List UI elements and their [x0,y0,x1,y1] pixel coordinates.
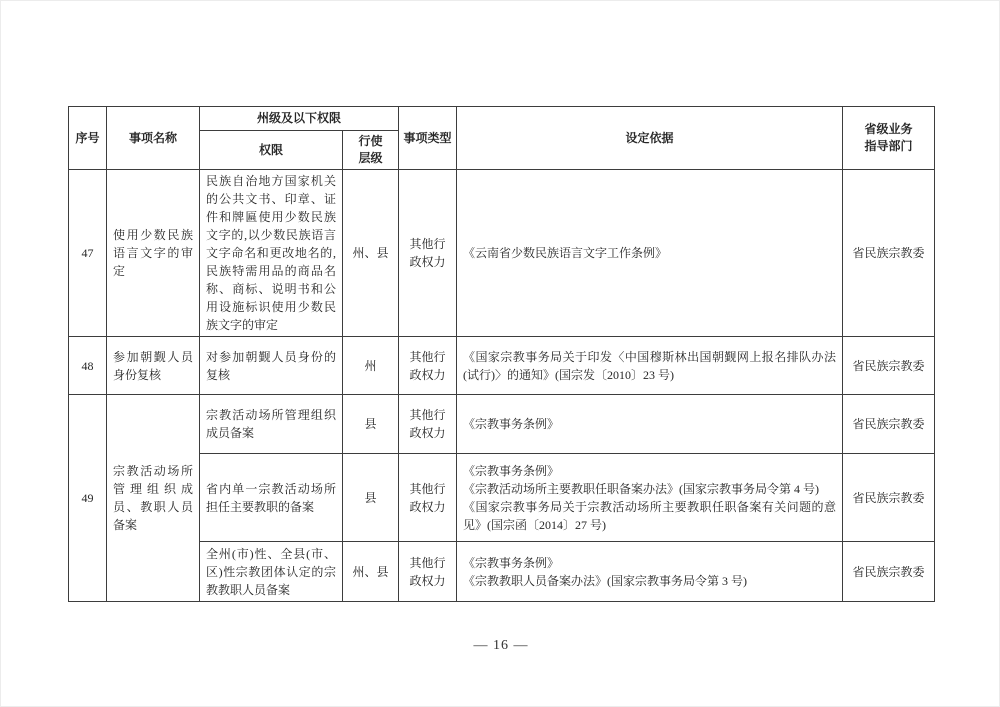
basis-line: 《宗教教职人员备案办法》(国家宗教事务局令第 3 号) [463,572,836,590]
basis-line: 《国家宗教事务局关于印发〈中国穆斯林出国朝觐网上报名排队办法(试行)〉的通知》(… [463,348,836,384]
cell-item-type: 其他行政权力 [399,170,457,337]
cell-serial-number: 48 [69,337,107,395]
cell-item-type: 其他行政权力 [399,337,457,395]
page-number: — 16 — [1,638,1000,654]
header-item-name: 事项名称 [107,107,200,170]
cell-exercise-level: 县 [343,395,399,454]
table-row: 48 参加朝觐人员身份复核 对参加朝觐人员身份的复核 州 其他行政权力 《国家宗… [69,337,935,395]
authority-items-table: 序号 事项名称 州级及以下权限 事项类型 设定依据 省级业务 指导部门 权限 行… [68,106,935,602]
cell-authority: 全州(市)性、全县(市、区)性宗教团体认定的宗教教职人员备案 [200,542,343,602]
header-item-type: 事项类型 [399,107,457,170]
basis-line: 《云南省少数民族语言文字工作条例》 [463,244,836,262]
table-row: 49 宗教活动场所管理组织成员、教职人员备案 宗教活动场所管理组织成员备案 县 … [69,395,935,454]
cell-setting-basis: 《云南省少数民族语言文字工作条例》 [457,170,843,337]
cell-setting-basis: 《宗教事务条例》 [457,395,843,454]
header-authority: 权限 [200,131,343,170]
cell-item-name: 参加朝觐人员身份复核 [107,337,200,395]
basis-line: 《宗教活动场所主要教职任职备案办法》(国家宗教事务局令第 4 号) [463,480,836,498]
basis-line: 《宗教事务条例》 [463,415,836,433]
cell-item-type: 其他行政权力 [399,542,457,602]
header-setting-basis: 设定依据 [457,107,843,170]
cell-provincial-dept: 省民族宗教委 [843,337,935,395]
cell-serial-number: 47 [69,170,107,337]
cell-authority: 省内单一宗教活动场所担任主要教职的备案 [200,454,343,542]
cell-exercise-level: 州 [343,337,399,395]
cell-authority: 民族自治地方国家机关的公共文书、印章、证件和牌匾使用少数民族文字的,以少数民族语… [200,170,343,337]
cell-exercise-level: 州、县 [343,542,399,602]
cell-authority: 对参加朝觐人员身份的复核 [200,337,343,395]
cell-exercise-level: 州、县 [343,170,399,337]
cell-provincial-dept: 省民族宗教委 [843,542,935,602]
basis-line: 《宗教事务条例》 [463,462,836,480]
cell-item-type: 其他行政权力 [399,454,457,542]
cell-provincial-dept: 省民族宗教委 [843,170,935,337]
cell-provincial-dept: 省民族宗教委 [843,395,935,454]
cell-exercise-level: 县 [343,454,399,542]
table-header-row-1: 序号 事项名称 州级及以下权限 事项类型 设定依据 省级业务 指导部门 [69,107,935,131]
cell-setting-basis: 《宗教事务条例》 《宗教教职人员备案办法》(国家宗教事务局令第 3 号) [457,542,843,602]
document-page: 序号 事项名称 州级及以下权限 事项类型 设定依据 省级业务 指导部门 权限 行… [0,0,1000,707]
cell-serial-number: 49 [69,395,107,602]
cell-authority: 宗教活动场所管理组织成员备案 [200,395,343,454]
header-provincial-dept: 省级业务 指导部门 [843,107,935,170]
basis-line: 《宗教事务条例》 [463,554,836,572]
cell-setting-basis: 《国家宗教事务局关于印发〈中国穆斯林出国朝觐网上报名排队办法(试行)〉的通知》(… [457,337,843,395]
basis-line: 《国家宗教事务局关于宗教活动场所主要教职任职备案有关问题的意见》(国宗函〔201… [463,498,836,534]
table-row: 47 使用少数民族语言文字的审定 民族自治地方国家机关的公共文书、印章、证件和牌… [69,170,935,337]
cell-item-name: 使用少数民族语言文字的审定 [107,170,200,337]
header-exercise-level: 行使 层级 [343,131,399,170]
cell-provincial-dept: 省民族宗教委 [843,454,935,542]
cell-setting-basis: 《宗教事务条例》 《宗教活动场所主要教职任职备案办法》(国家宗教事务局令第 4 … [457,454,843,542]
cell-item-name: 宗教活动场所管理组织成员、教职人员备案 [107,395,200,602]
cell-item-type: 其他行政权力 [399,395,457,454]
header-prefecture-authority-group: 州级及以下权限 [200,107,399,131]
header-serial-number: 序号 [69,107,107,170]
